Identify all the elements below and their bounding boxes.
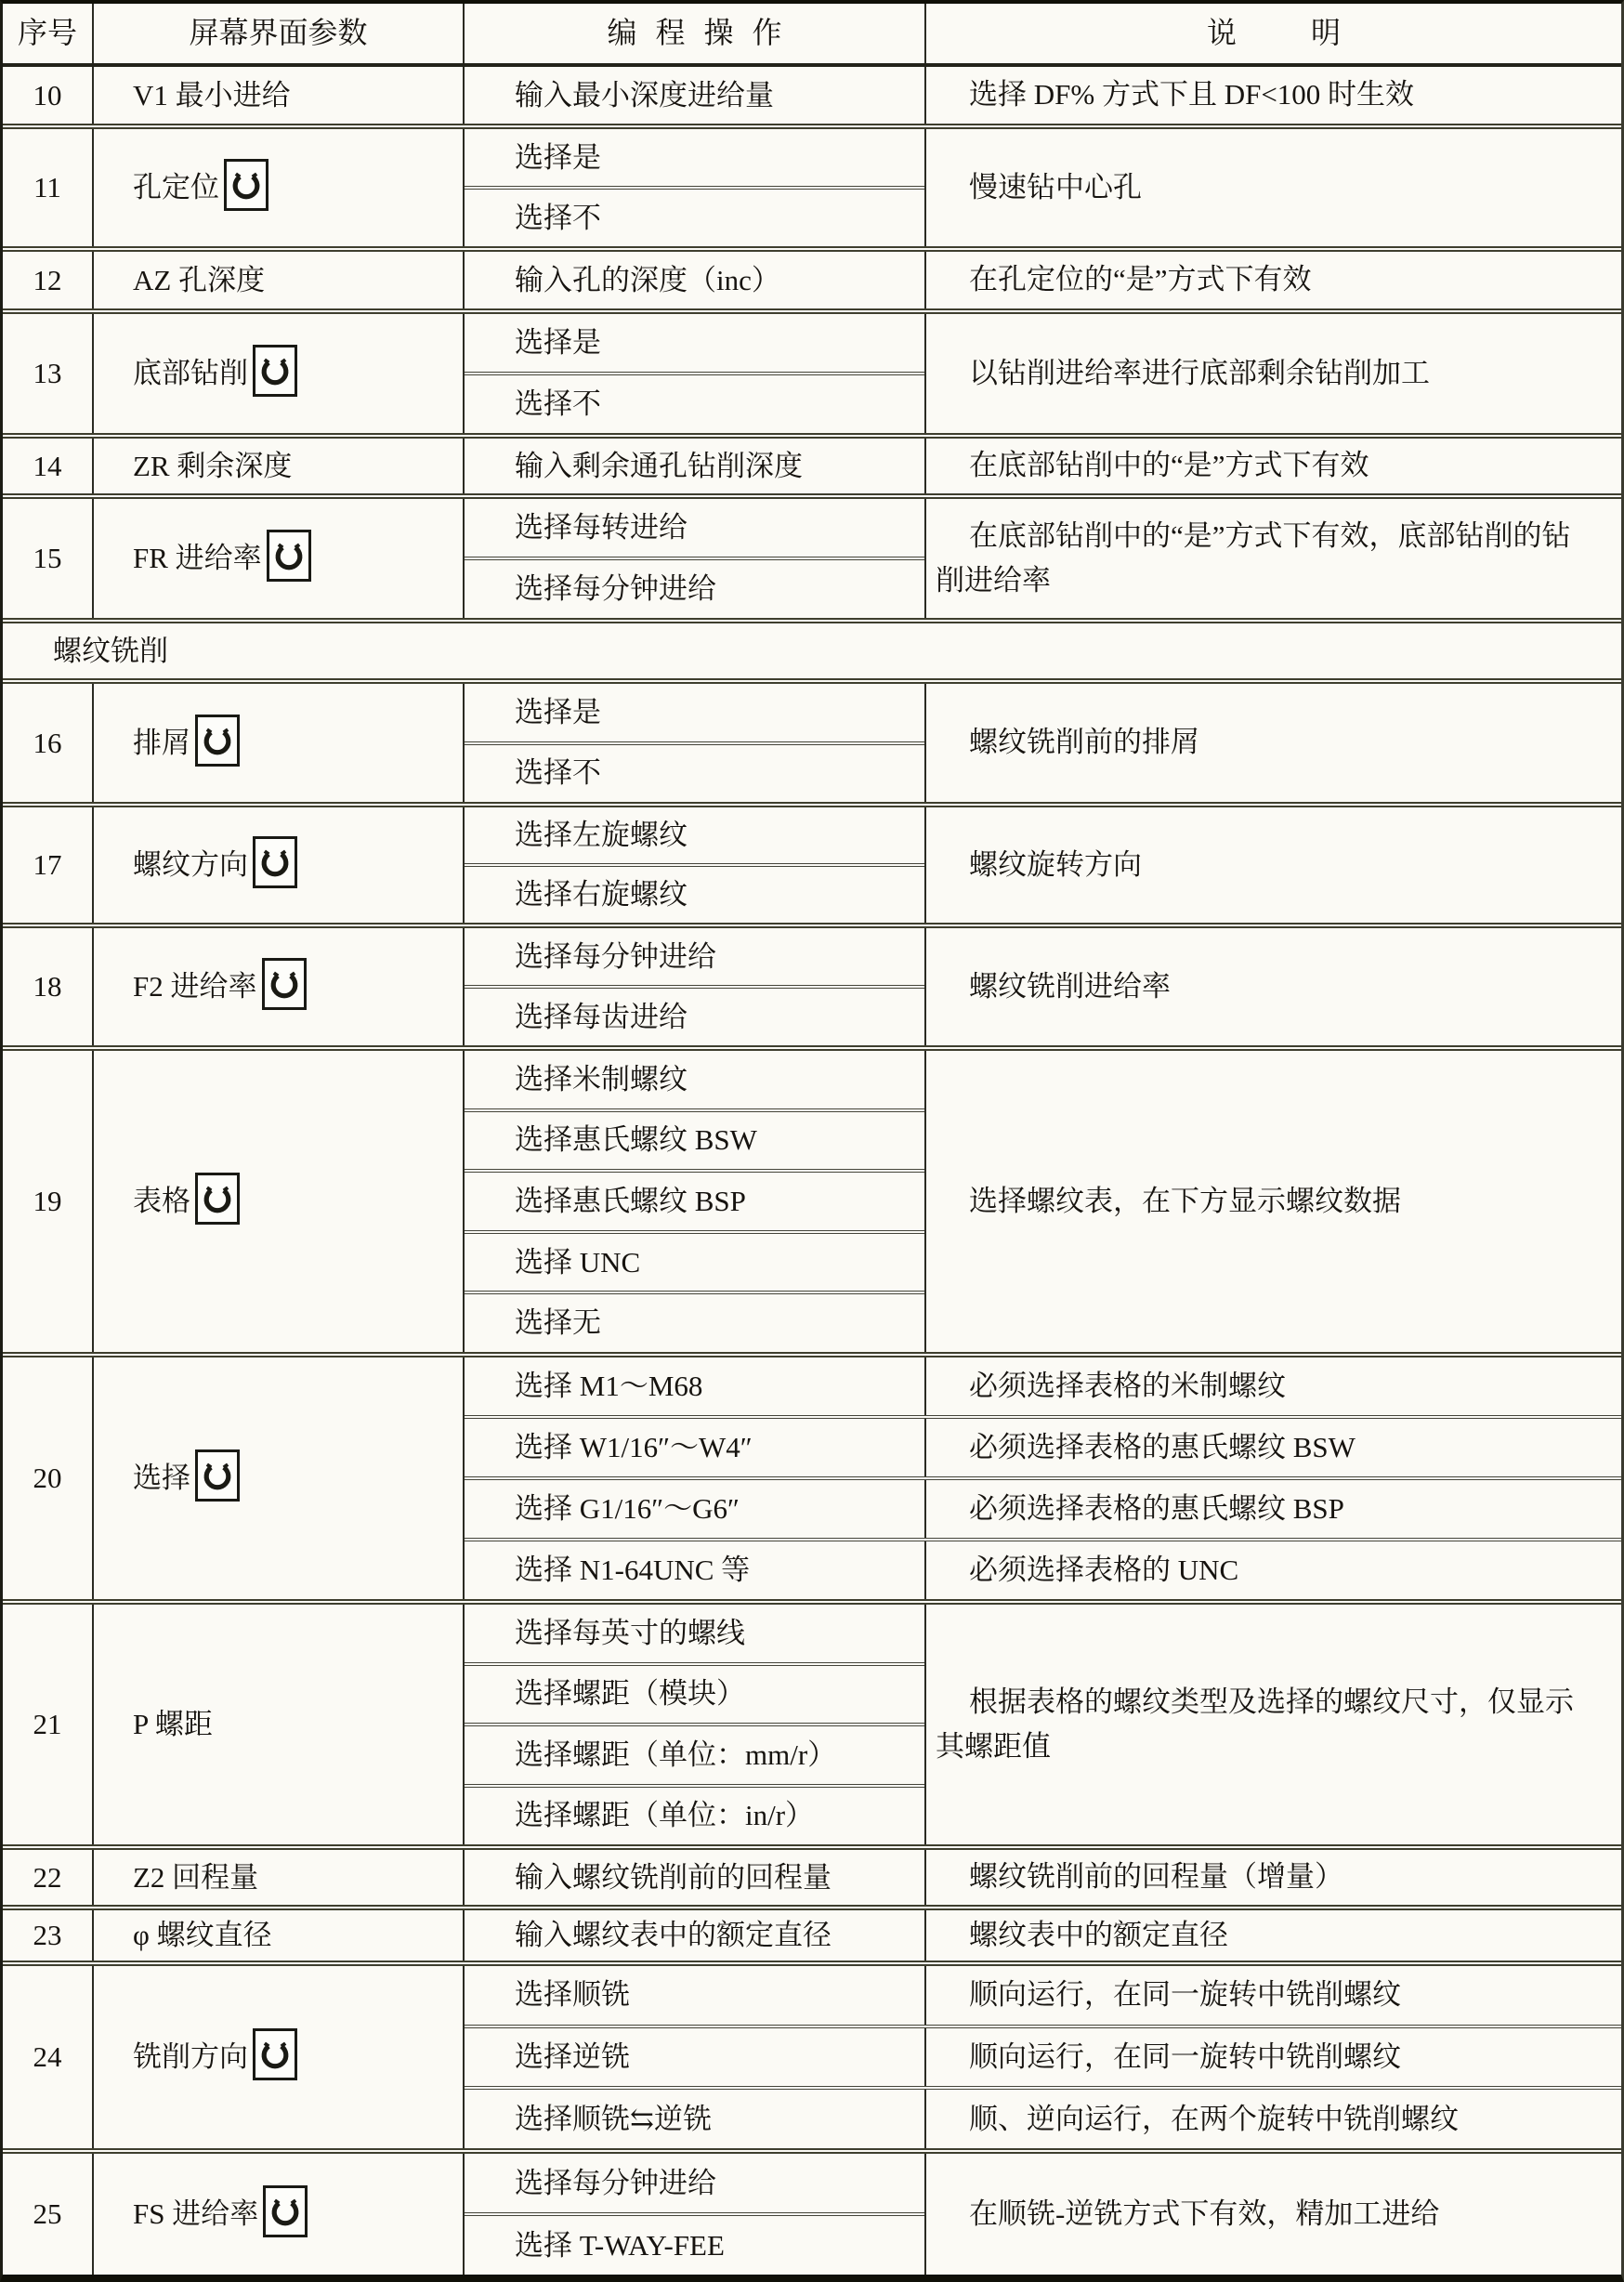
op-text: 选择 W1/16″～W4″: [515, 1428, 753, 1467]
desc-text: 螺纹表中的额定直径: [936, 1913, 1228, 1958]
desc-text: 必须选择表格的惠氏螺纹 BSP: [936, 1487, 1344, 1531]
op-text: 选择是: [515, 323, 601, 362]
table-row-24: 24 铣削方向 选择顺铣 顺向运行，在同一旋转中铣削螺纹 选择逆铣 顺向运行，在…: [3, 1961, 1621, 2148]
param-cell: Z2 回程量: [94, 1850, 465, 1905]
desc-cell: 慢速钻中心孔: [926, 129, 1621, 246]
param-label: 表格: [133, 1182, 190, 1221]
desc-cell: 螺纹铣削进给率: [926, 928, 1621, 1045]
op-text: 选择不: [515, 754, 601, 793]
param-cell: 螺纹方向: [94, 807, 465, 923]
select-toggle-icon: [267, 530, 311, 582]
param-cell: 铣削方向: [94, 1966, 465, 2148]
desc-text: 必须选择表格的米制螺纹: [936, 1364, 1286, 1409]
op-desc-pair: 选择 M1～M68 必须选择表格的米制螺纹: [465, 1357, 1621, 1415]
op-cell: 选择左旋螺纹 选择右旋螺纹: [465, 807, 926, 923]
op-text: 选择米制螺纹: [515, 1060, 688, 1099]
op-cell: 选择是 选择不: [465, 314, 926, 433]
param-cell: 排屑: [94, 684, 465, 802]
header-op-label: 编程操作: [607, 13, 800, 53]
serial-cell: 10: [3, 67, 94, 124]
desc-cell: 选择 DF% 方式下且 DF<100 时生效: [926, 67, 1621, 124]
serial-number: 24: [33, 2038, 62, 2077]
table-row-12: 12 AZ 孔深度 输入孔的深度（inc） 在孔定位的“是”方式下有效: [3, 246, 1621, 308]
param-label: P 螺距: [133, 1705, 213, 1744]
serial-number: 13: [33, 354, 62, 393]
op-text: 选择 UNC: [515, 1243, 640, 1282]
header-desc-label: 说明: [1207, 13, 1415, 53]
op-text: 选择 T-WAY-FEE: [515, 2226, 725, 2265]
select-toggle-icon: [262, 958, 307, 1010]
desc-cell: 在顺铣-逆铣方式下有效，精加工进给: [926, 2154, 1621, 2275]
select-toggle-icon: [253, 2028, 297, 2080]
op-text: 选择无: [515, 1304, 601, 1343]
param-label: FS 进给率: [133, 2195, 258, 2234]
desc-text: 选择螺纹表，在下方显示螺纹数据: [936, 1179, 1401, 1224]
desc-text: 顺、逆向运行，在两个旋转中铣削螺纹: [936, 2097, 1459, 2142]
op-cell: 输入剩余通孔钻削深度: [465, 439, 926, 493]
op-text: 选择惠氏螺纹 BSP: [515, 1182, 746, 1221]
desc-text: 以钻削进给率进行底部剩余钻削加工: [936, 351, 1430, 396]
op-text: 选择螺距（单位：mm/r）: [515, 1736, 836, 1775]
table-row-20: 20 选择 选择 M1～M68 必须选择表格的米制螺纹 选择 W1/16″～W4…: [3, 1352, 1621, 1599]
op-text: 选择 N1-64UNC 等: [515, 1551, 750, 1590]
op-cell: 选择是 选择不: [465, 684, 926, 802]
param-label: φ 螺纹直径: [133, 1916, 272, 1955]
serial-cell: 22: [3, 1850, 94, 1905]
op-text: 选择左旋螺纹: [515, 816, 688, 855]
table-row-19: 19 表格 选择米制螺纹 选择惠氏螺纹 BSW 选择惠氏螺纹 BSP 选择 UN…: [3, 1045, 1621, 1352]
serial-number: 10: [33, 76, 62, 115]
op-text: 选择右旋螺纹: [515, 875, 688, 914]
serial-cell: 20: [3, 1357, 94, 1599]
op-text: 选择螺距（单位：in/r）: [515, 1796, 814, 1835]
desc-text: 螺纹铣削进给率: [936, 964, 1171, 1009]
serial-cell: 16: [3, 684, 94, 802]
table-row-16: 16 排屑 选择是 选择不 螺纹铣削前的排屑: [3, 678, 1621, 802]
select-toggle-icon: [263, 2185, 308, 2237]
desc-text: 慢速钻中心孔: [936, 165, 1142, 210]
desc-text: 在底部钻削中的“是”方式下有效: [936, 443, 1369, 488]
param-label: 螺纹方向: [133, 846, 248, 885]
op-cell: 选择每转进给 选择每分钟进给: [465, 499, 926, 618]
op-text: 输入最小深度进给量: [515, 76, 774, 115]
section-label: 螺纹铣削: [53, 632, 168, 671]
desc-cell: 螺纹旋转方向: [926, 807, 1621, 923]
op-text: 输入螺纹表中的额定直径: [515, 1916, 832, 1955]
param-cell: 孔定位: [94, 129, 465, 246]
serial-number: 12: [33, 261, 62, 300]
op-text: 选择是: [515, 138, 601, 177]
param-label: 铣削方向: [133, 2038, 248, 2077]
op-text: 选择惠氏螺纹 BSW: [515, 1121, 757, 1160]
param-label: Z2 回程量: [133, 1858, 258, 1897]
serial-number: 17: [33, 846, 62, 885]
table-row-14: 14 ZR 剩余深度 输入剩余通孔钻削深度 在底部钻削中的“是”方式下有效: [3, 433, 1621, 493]
param-label: F2 进给率: [133, 967, 257, 1006]
desc-cell: 以钻削进给率进行底部剩余钻削加工: [926, 314, 1621, 433]
serial-number: 11: [33, 168, 61, 207]
op-text: 选择不: [515, 199, 601, 238]
desc-cell: 螺纹铣削前的回程量（增量）: [926, 1850, 1621, 1905]
select-toggle-icon: [224, 159, 268, 211]
desc-cell: 螺纹表中的额定直径: [926, 1910, 1621, 1961]
table-row-23: 23 φ 螺纹直径 输入螺纹表中的额定直径 螺纹表中的额定直径: [3, 1905, 1621, 1961]
op-cell: 选择米制螺纹 选择惠氏螺纹 BSW 选择惠氏螺纹 BSP 选择 UNC 选择无: [465, 1051, 926, 1352]
serial-number: 25: [33, 2195, 62, 2234]
desc-text: 顺向运行，在同一旋转中铣削螺纹: [936, 2035, 1401, 2079]
param-cell: φ 螺纹直径: [94, 1910, 465, 1961]
serial-cell: 14: [3, 439, 94, 493]
op-cell: 输入最小深度进给量: [465, 67, 926, 124]
serial-number: 15: [33, 539, 62, 578]
header-serial-label: 序号: [18, 13, 77, 53]
header-serial: 序号: [3, 4, 94, 63]
op-text: 输入孔的深度（inc）: [515, 261, 780, 300]
op-text: 选择每分钟进给: [515, 570, 716, 609]
header-param-label: 屏幕界面参数: [189, 13, 367, 53]
op-cell: 输入螺纹表中的额定直径: [465, 1910, 926, 1961]
op-text: 选择每转进给: [515, 508, 688, 547]
desc-text: 在孔定位的“是”方式下有效: [936, 257, 1312, 302]
op-text: 选择 G1/16″～G6″: [515, 1489, 740, 1528]
op-text: 选择螺距（模块）: [515, 1674, 745, 1713]
serial-cell: 15: [3, 499, 94, 618]
serial-cell: 13: [3, 314, 94, 433]
desc-text: 螺纹铣削前的排屑: [936, 720, 1199, 765]
table-row-11: 11 孔定位 选择是 选择不 慢速钻中心孔: [3, 124, 1621, 246]
op-desc-pair: 选择 G1/16″～G6″ 必须选择表格的惠氏螺纹 BSP: [465, 1476, 1621, 1538]
op-cell: 选择每分钟进给 选择每齿进给: [465, 928, 926, 1045]
serial-number: 16: [33, 724, 62, 763]
serial-number: 22: [33, 1858, 62, 1897]
op-text: 选择每齿进给: [515, 998, 688, 1037]
param-label: FR 进给率: [133, 539, 262, 578]
table-row-10: 10 V1 最小进给 输入最小深度进给量 选择 DF% 方式下且 DF<100 …: [3, 63, 1621, 124]
desc-text: 根据表格的螺纹类型及选择的螺纹尺寸，仅显示其螺距值: [936, 1680, 1599, 1769]
serial-cell: 23: [3, 1910, 94, 1961]
param-cell: V1 最小进给: [94, 67, 465, 124]
param-cell: FS 进给率: [94, 2154, 465, 2275]
op-text: 选择顺铣⇆逆铣: [515, 2100, 712, 2139]
scanned-parameter-table-page: 序号 屏幕界面参数 编程操作 说明 10 V1 最小进给 输入最小深度进给量 选…: [0, 0, 1624, 2282]
select-toggle-icon: [253, 345, 297, 397]
select-toggle-icon: [195, 715, 240, 767]
serial-cell: 21: [3, 1605, 94, 1844]
op-cell: 输入孔的深度（inc）: [465, 252, 926, 308]
serial-cell: 24: [3, 1966, 94, 2148]
desc-text: 在顺铣-逆铣方式下有效，精加工进给: [936, 2192, 1439, 2236]
serial-number: 19: [33, 1182, 62, 1221]
op-text: 选择是: [515, 693, 601, 732]
op-text: 选择不: [515, 385, 601, 424]
serial-cell: 25: [3, 2154, 94, 2275]
op-cell: 选择每英寸的螺线 选择螺距（模块） 选择螺距（单位：mm/r） 选择螺距（单位：…: [465, 1605, 926, 1844]
op-text: 选择每分钟进给: [515, 938, 716, 977]
serial-number: 23: [33, 1916, 62, 1955]
serial-cell: 11: [3, 129, 94, 246]
section-row-thread-milling: 螺纹铣削: [3, 618, 1621, 678]
param-label: 排屑: [133, 724, 190, 763]
desc-text: 必须选择表格的 UNC: [936, 1548, 1238, 1593]
table-row-13: 13 底部钻削 选择是 选择不 以钻削进给率进行底部剩余钻削加工: [3, 308, 1621, 433]
op-text: 输入螺纹铣削前的回程量: [515, 1858, 832, 1897]
serial-cell: 17: [3, 807, 94, 923]
op-desc-pair: 选择 N1-64UNC 等 必须选择表格的 UNC: [465, 1538, 1621, 1599]
op-desc-pair: 选择顺铣⇆逆铣 顺、逆向运行，在两个旋转中铣削螺纹: [465, 2086, 1621, 2148]
op-desc-pair: 选择逆铣 顺向运行，在同一旋转中铣削螺纹: [465, 2025, 1621, 2087]
table-row-21: 21 P 螺距 选择每英寸的螺线 选择螺距（模块） 选择螺距（单位：mm/r） …: [3, 1599, 1621, 1844]
op-text: 选择每英寸的螺线: [515, 1614, 745, 1653]
desc-cell: 螺纹铣削前的排屑: [926, 684, 1621, 802]
param-label: V1 最小进给: [133, 76, 291, 115]
desc-cell: 在底部钻削中的“是”方式下有效，底部钻削的钻削进给率: [926, 499, 1621, 618]
op-desc-pairs: 选择顺铣 顺向运行，在同一旋转中铣削螺纹 选择逆铣 顺向运行，在同一旋转中铣削螺…: [465, 1966, 1621, 2148]
serial-number: 21: [33, 1705, 62, 1744]
header-desc: 说明: [926, 4, 1621, 63]
desc-text: 必须选择表格的惠氏螺纹 BSW: [936, 1425, 1356, 1470]
op-cell: 选择每分钟进给 选择 T-WAY-FEE: [465, 2154, 926, 2275]
serial-cell: 18: [3, 928, 94, 1045]
op-text: 输入剩余通孔钻削深度: [515, 447, 803, 486]
param-cell: 底部钻削: [94, 314, 465, 433]
param-cell: F2 进给率: [94, 928, 465, 1045]
param-label: 底部钻削: [133, 354, 248, 393]
op-desc-pair: 选择 W1/16″～W4″ 必须选择表格的惠氏螺纹 BSW: [465, 1415, 1621, 1476]
op-desc-pair: 选择顺铣 顺向运行，在同一旋转中铣削螺纹: [465, 1966, 1621, 2025]
desc-text: 选择 DF% 方式下且 DF<100 时生效: [936, 72, 1414, 117]
select-toggle-icon: [195, 1173, 240, 1225]
serial-cell: 19: [3, 1051, 94, 1352]
param-label: 孔定位: [133, 168, 219, 207]
param-cell: FR 进给率: [94, 499, 465, 618]
op-text: 选择顺铣: [515, 1975, 630, 2014]
table-row-15: 15 FR 进给率 选择每转进给 选择每分钟进给 在底部钻削中的“是”方式下有效…: [3, 493, 1621, 618]
param-label: ZR 剩余深度: [133, 447, 292, 486]
op-text: 选择每分钟进给: [515, 2164, 716, 2203]
op-text: 选择逆铣: [515, 2038, 630, 2077]
param-label: 选择: [133, 1459, 190, 1498]
op-text: 选择 M1～M68: [515, 1367, 702, 1406]
op-cell: 选择是 选择不: [465, 129, 926, 246]
desc-cell: 在底部钻削中的“是”方式下有效: [926, 439, 1621, 493]
param-cell: 表格: [94, 1051, 465, 1352]
desc-cell: 根据表格的螺纹类型及选择的螺纹尺寸，仅显示其螺距值: [926, 1605, 1621, 1844]
select-toggle-icon: [195, 1449, 240, 1502]
desc-text: 螺纹铣削前的回程量（增量）: [936, 1855, 1343, 1899]
desc-cell: 在孔定位的“是”方式下有效: [926, 252, 1621, 308]
param-cell: AZ 孔深度: [94, 252, 465, 308]
serial-number: 18: [33, 967, 62, 1006]
table-row-17: 17 螺纹方向 选择左旋螺纹 选择右旋螺纹 螺纹旋转方向: [3, 802, 1621, 923]
table-header-row: 序号 屏幕界面参数 编程操作 说明: [3, 4, 1621, 63]
param-cell: 选择: [94, 1357, 465, 1599]
desc-text: 在底部钻削中的“是”方式下有效，底部钻削的钻削进给率: [936, 514, 1599, 603]
header-op: 编程操作: [465, 4, 926, 63]
header-param: 屏幕界面参数: [94, 4, 465, 63]
serial-number: 20: [33, 1459, 62, 1498]
op-desc-pairs: 选择 M1～M68 必须选择表格的米制螺纹 选择 W1/16″～W4″ 必须选择…: [465, 1357, 1621, 1599]
desc-text: 螺纹旋转方向: [936, 843, 1142, 887]
serial-number: 14: [33, 447, 62, 486]
desc-cell: 选择螺纹表，在下方显示螺纹数据: [926, 1051, 1621, 1352]
table-row-22: 22 Z2 回程量 输入螺纹铣削前的回程量 螺纹铣削前的回程量（增量）: [3, 1844, 1621, 1905]
serial-cell: 12: [3, 252, 94, 308]
select-toggle-icon: [253, 836, 297, 888]
param-label: AZ 孔深度: [133, 261, 265, 300]
table-row-25: 25 FS 进给率 选择每分钟进给 选择 T-WAY-FEE 在顺铣-逆铣方式下…: [3, 2148, 1621, 2275]
op-cell: 输入螺纹铣削前的回程量: [465, 1850, 926, 1905]
desc-text: 顺向运行，在同一旋转中铣削螺纹: [936, 1973, 1401, 2017]
param-cell: ZR 剩余深度: [94, 439, 465, 493]
param-cell: P 螺距: [94, 1605, 465, 1844]
table-row-18: 18 F2 进给率 选择每分钟进给 选择每齿进给 螺纹铣削进给率: [3, 923, 1621, 1045]
